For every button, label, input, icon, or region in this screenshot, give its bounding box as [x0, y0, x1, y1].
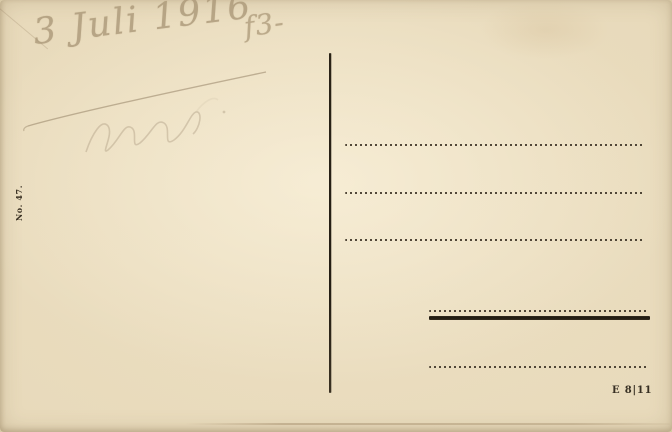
divider-rule [329, 53, 331, 393]
address-dotted-line-2 [345, 192, 645, 194]
printer-code: E 8|11 [612, 385, 652, 396]
address-dotted-line-3 [345, 239, 645, 241]
paper-stain [480, 0, 610, 60]
address-dotted-line-4 [429, 310, 649, 312]
faint-pencil-scribble [86, 99, 225, 153]
address-dotted-line-1 [345, 144, 645, 146]
bottom-edge-crease [185, 423, 670, 425]
postcard-back: 3 Juli 1916 f3- No. 47. E 8|11 [0, 0, 672, 432]
thick-rule [429, 316, 650, 320]
side-number-label: No. 47. [14, 172, 28, 234]
address-dotted-line-5 [429, 366, 649, 368]
handwritten-date: 3 Juli 1916 [31, 0, 254, 53]
handwritten-price-mark: f3- [242, 5, 287, 43]
